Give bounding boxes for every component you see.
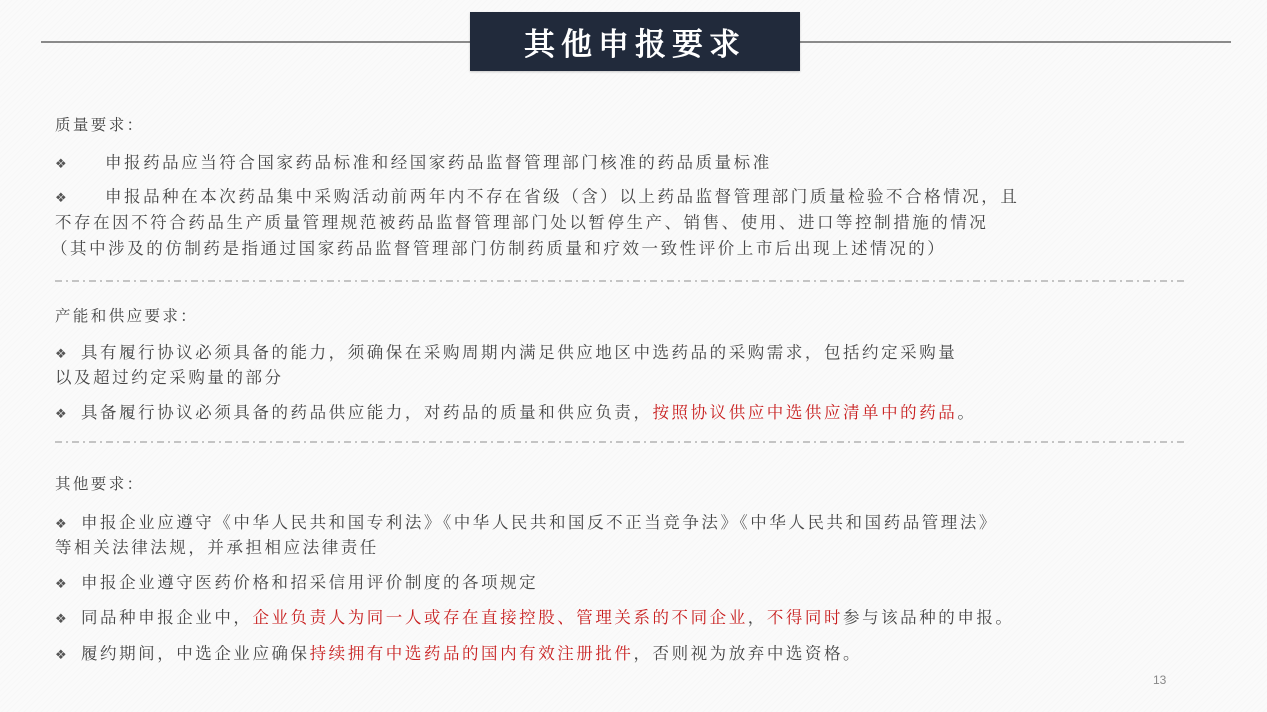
other-item-3: ❖同品种申报企业中，企业负责人为同一人或存在直接控股、管理关系的不同企业，不得同… [55,604,1014,628]
section-divider [55,441,1188,443]
slide-title-text: 其他申报要求 [524,19,746,64]
diamond-bullet-icon: ❖ [55,191,105,206]
slide-title: 其他申报要求 [470,12,800,71]
diamond-bullet-icon: ❖ [55,517,81,532]
diamond-bullet-icon: ❖ [55,157,105,172]
diamond-bullet-icon: ❖ [55,407,81,422]
quality-item-2-line-3: （其中涉及的仿制药是指通过国家药品监督管理部门仿制药质量和疗效一致性评价上市后出… [51,235,946,259]
quality-item-1: ❖申报药品应当符合国家药品标准和经国家药品监督管理部门核准的药品质量标准 [55,149,772,173]
section-divider [55,280,1188,282]
capacity-item-1-line-1: ❖具有履行协议必须具备的能力，须确保在采购周期内满足供应地区中选药品的采购需求，… [55,339,957,363]
diamond-bullet-icon: ❖ [55,347,81,362]
page-number: 13 [1153,673,1166,687]
other-item-1-line-1: ❖申报企业应遵守《中华人民共和国专利法》《中华人民共和国反不正当竞争法》《中华人… [55,509,998,533]
diamond-bullet-icon: ❖ [55,612,81,627]
quality-item-2-line-1: ❖申报品种在本次药品集中采购活动前两年内不存在省级（含）以上药品监督管理部门质量… [55,183,1019,207]
highlight-text: 不得同时 [767,608,843,627]
diamond-bullet-icon: ❖ [55,577,81,592]
other-item-1-line-2: 等相关法律法规，并承担相应法律责任 [55,534,379,558]
other-item-4: ❖履约期间，中选企业应确保持续拥有中选药品的国内有效注册批件，否则视为放弃中选资… [55,640,862,664]
highlight-text: 持续拥有中选药品的国内有效注册批件 [310,644,634,663]
capacity-item-1-line-2: 以及超过约定采购量的部分 [55,364,284,388]
capacity-item-2: ❖具备履行协议必须具备的药品供应能力，对药品的质量和供应负责，按照协议供应中选供… [55,399,976,423]
quality-item-2-line-2: 不存在因不符合药品生产质量管理规范被药品监督管理部门处以暂停生产、销售、使用、进… [55,209,988,233]
highlight-text: 企业负责人为同一人或存在直接控股、管理关系的不同企业 [252,608,747,627]
highlight-text: 按照协议供应中选供应清单中的药品 [653,403,958,422]
section-heading-other: 其他要求： [55,472,145,494]
diamond-bullet-icon: ❖ [55,648,81,663]
section-heading-quality: 质量要求： [55,113,145,135]
section-heading-capacity-supply: 产能和供应要求： [55,304,198,326]
other-item-2: ❖申报企业遵守医药价格和招采信用评价制度的各项规定 [55,569,538,593]
